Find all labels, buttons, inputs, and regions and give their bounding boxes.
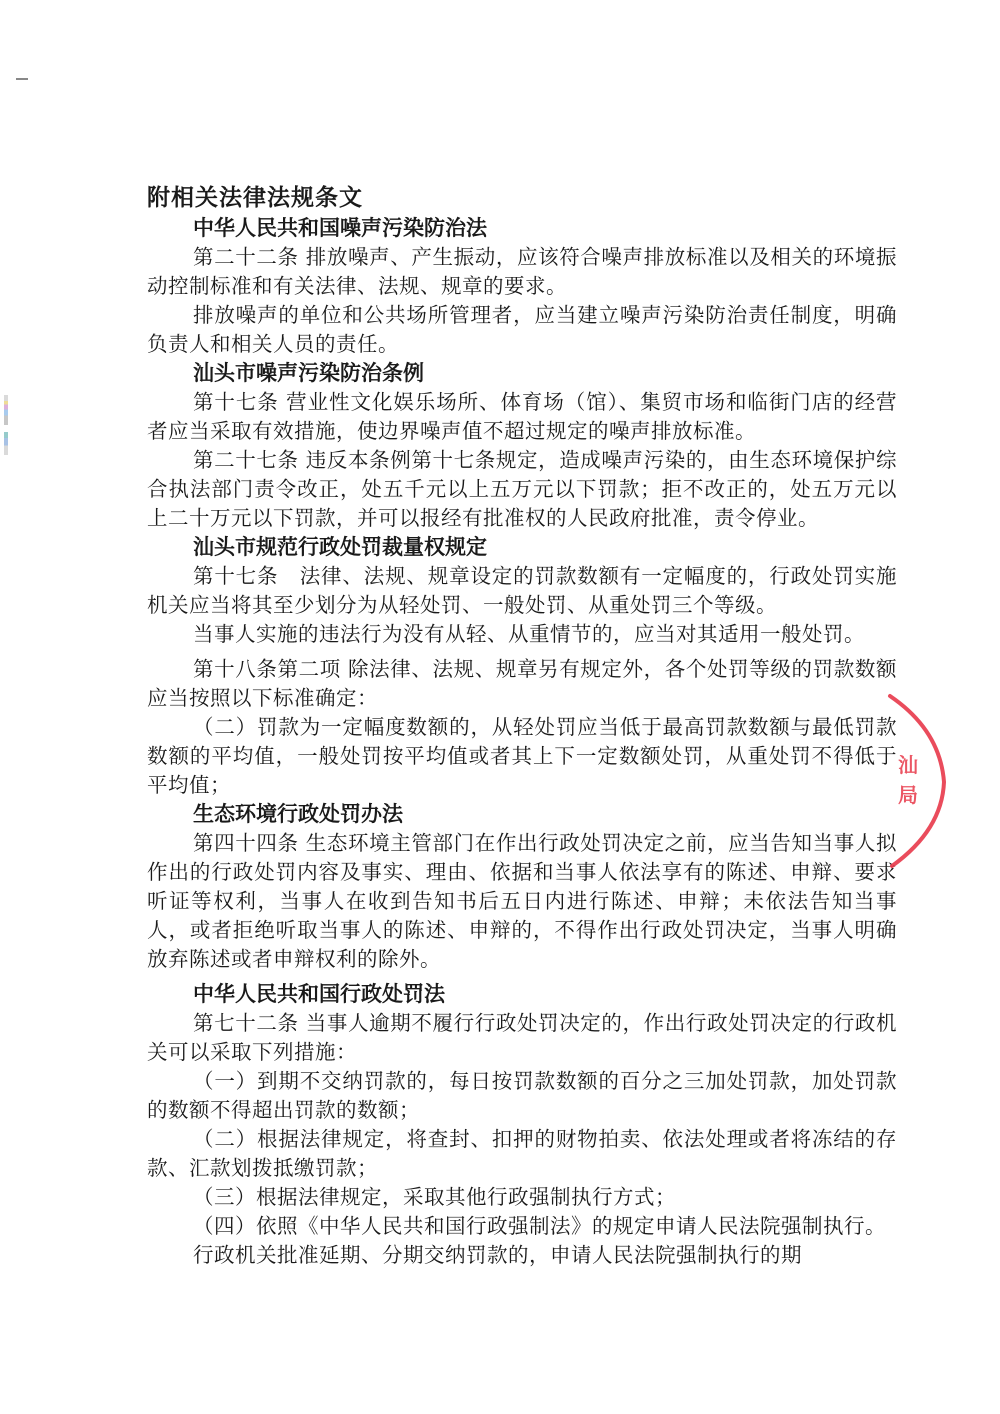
article-paragraph: （四）依照《中华人民共和国行政强制法》的规定申请人民法院强制执行。 [147, 1212, 897, 1241]
svg-text:汕: 汕 [898, 753, 918, 777]
document-content: 附相关法律法规条文 中华人民共和国噪声污染防治法 第二十二条 排放噪声、产生振动… [147, 182, 897, 1270]
article-paragraph: 当事人实施的违法行为没有从轻、从重情节的，应当对其适用一般处罚。 [147, 620, 897, 649]
article-paragraph: （二）罚款为一定幅度数额的，从轻处罚应当低于最高罚款数额与最低罚款数额的平均值，… [147, 713, 897, 800]
article-paragraph: 第二十二条 排放噪声、产生振动，应该符合噪声排放标准以及相关的环境振动控制标准和… [147, 243, 897, 301]
law-title-shantou-noise-regulation: 汕头市噪声污染防治条例 [147, 359, 897, 388]
article-paragraph: 第二十七条 违反本条例第十七条规定，造成噪声污染的，由生态环境保护综合执法部门责… [147, 446, 897, 533]
law-title-shantou-discretion-rules: 汕头市规范行政处罚裁量权规定 [147, 533, 897, 562]
article-paragraph: （三）根据法律规定，采取其他行政强制执行方式； [147, 1183, 897, 1212]
article-paragraph: （二）根据法律规定，将查封、扣押的财物拍卖、依法处理或者将冻结的存款、汇款划拨抵… [147, 1125, 897, 1183]
article-paragraph: 排放噪声的单位和公共场所管理者，应当建立噪声污染防治责任制度，明确负责人和相关人… [147, 301, 897, 359]
law-title-noise-law: 中华人民共和国噪声污染防治法 [147, 214, 897, 243]
scan-color-strip [4, 395, 8, 455]
official-seal-stamp-icon: 汕 局 [862, 690, 972, 870]
article-paragraph: 第四十四条 生态环境主管部门在作出行政处罚决定之前，应当告知当事人拟作出的行政处… [147, 829, 897, 974]
article-paragraph: 行政机关批准延期、分期交纳罚款的，申请人民法院强制执行的期 [147, 1241, 897, 1270]
article-paragraph: 第十八条第二项 除法律、法规、规章另有规定外，各个处罚等级的罚款数额应当按照以下… [147, 655, 897, 713]
article-paragraph: 第十七条 营业性文化娱乐场所、体育场（馆）、集贸市场和临街门店的经营者应当采取有… [147, 388, 897, 446]
article-paragraph: 第七十二条 当事人逾期不履行行政处罚决定的，作出行政处罚决定的行政机关可以采取下… [147, 1009, 897, 1067]
article-paragraph: （一）到期不交纳罚款的，每日按罚款数额的百分之三加处罚款，加处罚款的数额不得超出… [147, 1067, 897, 1125]
law-title-eco-penalty-measures: 生态环境行政处罚办法 [147, 800, 897, 829]
scan-artifact-mark [16, 78, 28, 80]
document-title: 附相关法律法规条文 [147, 182, 897, 214]
document-page: 附相关法律法规条文 中华人民共和国噪声污染防治法 第二十二条 排放噪声、产生振动… [0, 0, 1000, 1414]
article-paragraph: 第十七条 法律、法规、规章设定的罚款数额有一定幅度的，行政处罚实施机关应当将其至… [147, 562, 897, 620]
svg-text:局: 局 [898, 783, 918, 807]
law-title-administrative-penalty-law: 中华人民共和国行政处罚法 [147, 980, 897, 1009]
